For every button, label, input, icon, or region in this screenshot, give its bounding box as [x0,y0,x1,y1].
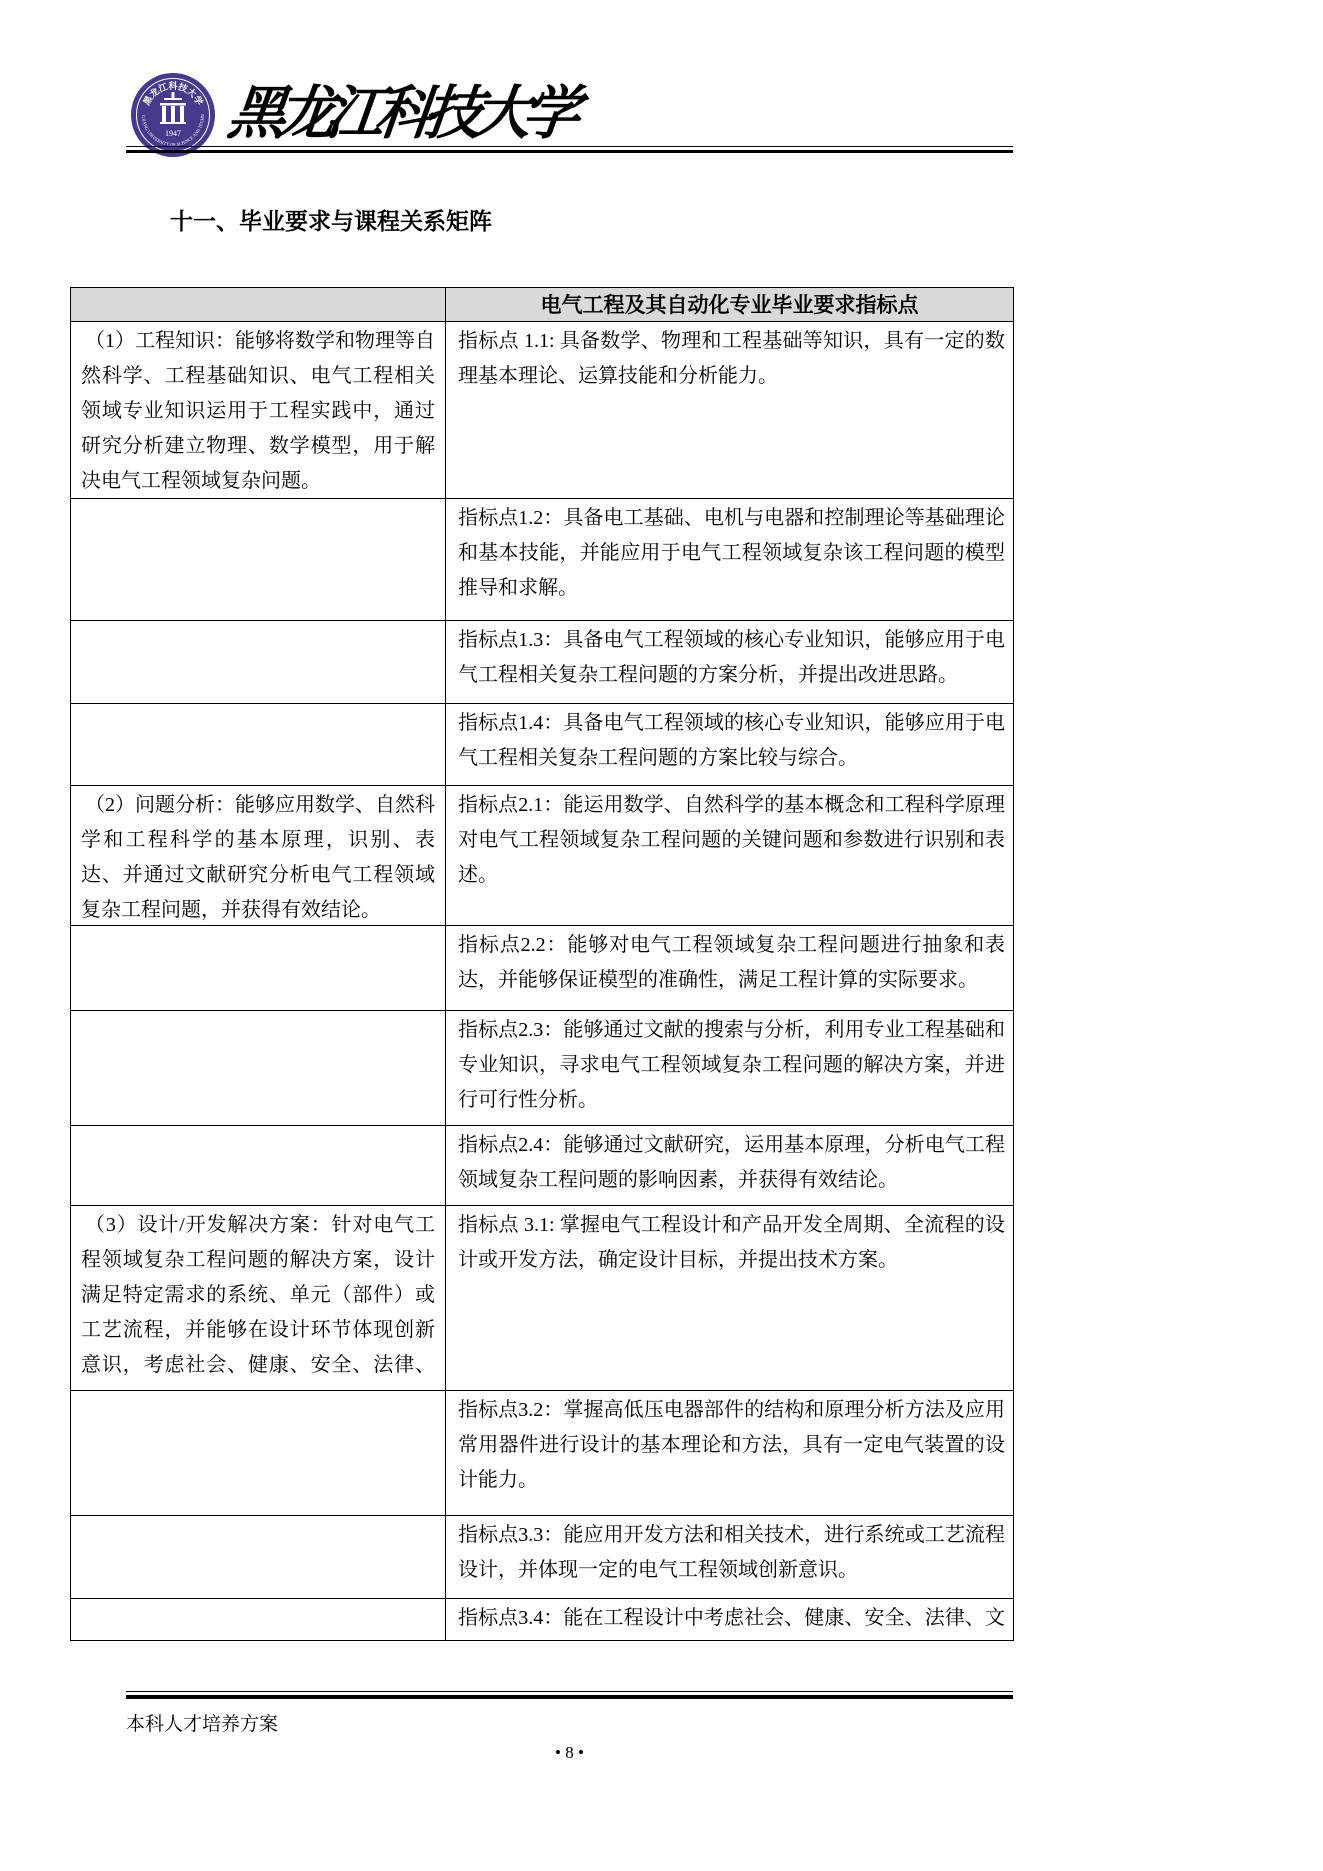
document-page: 黑龙江科技大学 HEILONGJIANG UNIVERSITY OF SCIEN… [0,0,1323,1871]
header-divider-rule [126,146,1013,153]
table-row: 指标点2.3：能够通过文献的搜索与分析，利用专业工程基础和专业知识，寻求电气工程… [71,1011,1014,1126]
table-row: 指标点2.4：能够通过文献研究，运用基本原理，分析电气工程领域复杂工程问题的影响… [71,1126,1014,1206]
table-row: 指标点1.4：具备电气工程领域的核心专业知识，能够应用于电气工程相关复杂工程问题… [71,704,1014,786]
page-number: • 8 • [126,1742,1013,1764]
requirement-cell [71,1011,446,1126]
indicator-cell: 指标点3.3：能应用开发方法和相关技术，进行系统或工艺流程设计，并体现一定的电气… [446,1516,1014,1599]
indicator-cell: 指标点1.4：具备电气工程领域的核心专业知识，能够应用于电气工程相关复杂工程问题… [446,704,1014,786]
requirement-cell [71,1126,446,1206]
indicator-cell: 指标点3.4：能在工程设计中考虑社会、健康、安全、法律、文化 [446,1599,1014,1641]
requirement-cell [71,1516,446,1599]
table-row: 指标点1.3：具备电气工程领域的核心专业知识，能够应用于电气工程相关复杂工程问题… [71,621,1014,704]
header-cell-left [71,288,446,322]
table-row: 指标点2.2：能够对电气工程领域复杂工程问题进行抽象和表达，并能够保证模型的准确… [71,926,1014,1011]
footer-document-label: 本科人才培养方案 [126,1712,278,1738]
university-name-calligraphy: 黑龙江科技大学 [224,74,652,154]
table-row: （2）问题分析：能够应用数学、自然科学和工程科学的基本原理，识别、表达、并通过文… [71,786,1014,926]
table-row: （1）工程知识：能够将数学和物理等自然科学、工程基础知识、电气工程相关领域专业知… [71,322,1014,499]
section-title: 十一、毕业要求与课程关系矩阵 [170,206,492,236]
table-row: 指标点3.2：掌握高低压电器部件的结构和原理分析方法及应用常用器件进行设计的基本… [71,1391,1014,1516]
requirement-cell [71,1391,446,1516]
table-row: 指标点1.2：具备电工基础、电机与电器和控制理论等基础理论和基本技能，并能应用于… [71,499,1014,621]
requirement-cell [71,1599,446,1641]
table-row: 指标点3.3：能应用开发方法和相关技术，进行系统或工艺流程设计，并体现一定的电气… [71,1516,1014,1599]
requirement-cell [71,499,446,621]
table-row: （3）设计/开发解决方案：针对电气工程领域复杂工程问题的解决方案，设计满足特定需… [71,1206,1014,1391]
indicator-cell: 指标点 3.1: 掌握电气工程设计和产品开发全周期、全流程的设计或开发方法，确定… [446,1206,1014,1391]
table-header-row: 电气工程及其自动化专业毕业要求指标点 [71,288,1014,322]
indicator-cell: 指标点2.2：能够对电气工程领域复杂工程问题进行抽象和表达，并能够保证模型的准确… [446,926,1014,1011]
requirement-cell: （1）工程知识：能够将数学和物理等自然科学、工程基础知识、电气工程相关领域专业知… [71,322,446,499]
indicator-cell: 指标点 1.1: 具备数学、物理和工程基础等知识，具有一定的数理基本理论、运算技… [446,322,1014,499]
indicator-cell: 指标点3.2：掌握高低压电器部件的结构和原理分析方法及应用常用器件进行设计的基本… [446,1391,1014,1516]
requirements-matrix-table: 电气工程及其自动化专业毕业要求指标点 （1）工程知识：能够将数学和物理等自然科学… [70,287,1014,1641]
header-cell-indicators: 电气工程及其自动化专业毕业要求指标点 [446,288,1014,322]
requirement-cell: （3）设计/开发解决方案：针对电气工程领域复杂工程问题的解决方案，设计满足特定需… [71,1206,446,1391]
requirement-cell: （2）问题分析：能够应用数学、自然科学和工程科学的基本原理，识别、表达、并通过文… [71,786,446,926]
footer-divider-rule [126,1691,1013,1699]
requirement-cell [71,926,446,1011]
table-row: 指标点3.4：能在工程设计中考虑社会、健康、安全、法律、文化 [71,1599,1014,1641]
indicator-cell: 指标点2.4：能够通过文献研究，运用基本原理，分析电气工程领域复杂工程问题的影响… [446,1126,1014,1206]
indicator-cell: 指标点2.1：能运用数学、自然科学的基本概念和工程科学原理对电气工程领域复杂工程… [446,786,1014,926]
requirement-cell [71,704,446,786]
requirement-cell [71,621,446,704]
indicator-cell: 指标点1.2：具备电工基础、电机与电器和控制理论等基础理论和基本技能，并能应用于… [446,499,1014,621]
indicator-cell: 指标点1.3：具备电气工程领域的核心专业知识，能够应用于电气工程相关复杂工程问题… [446,621,1014,704]
indicator-cell: 指标点2.3：能够通过文献的搜索与分析，利用专业工程基础和专业知识，寻求电气工程… [446,1011,1014,1126]
seal-year: 1947 [165,129,181,138]
